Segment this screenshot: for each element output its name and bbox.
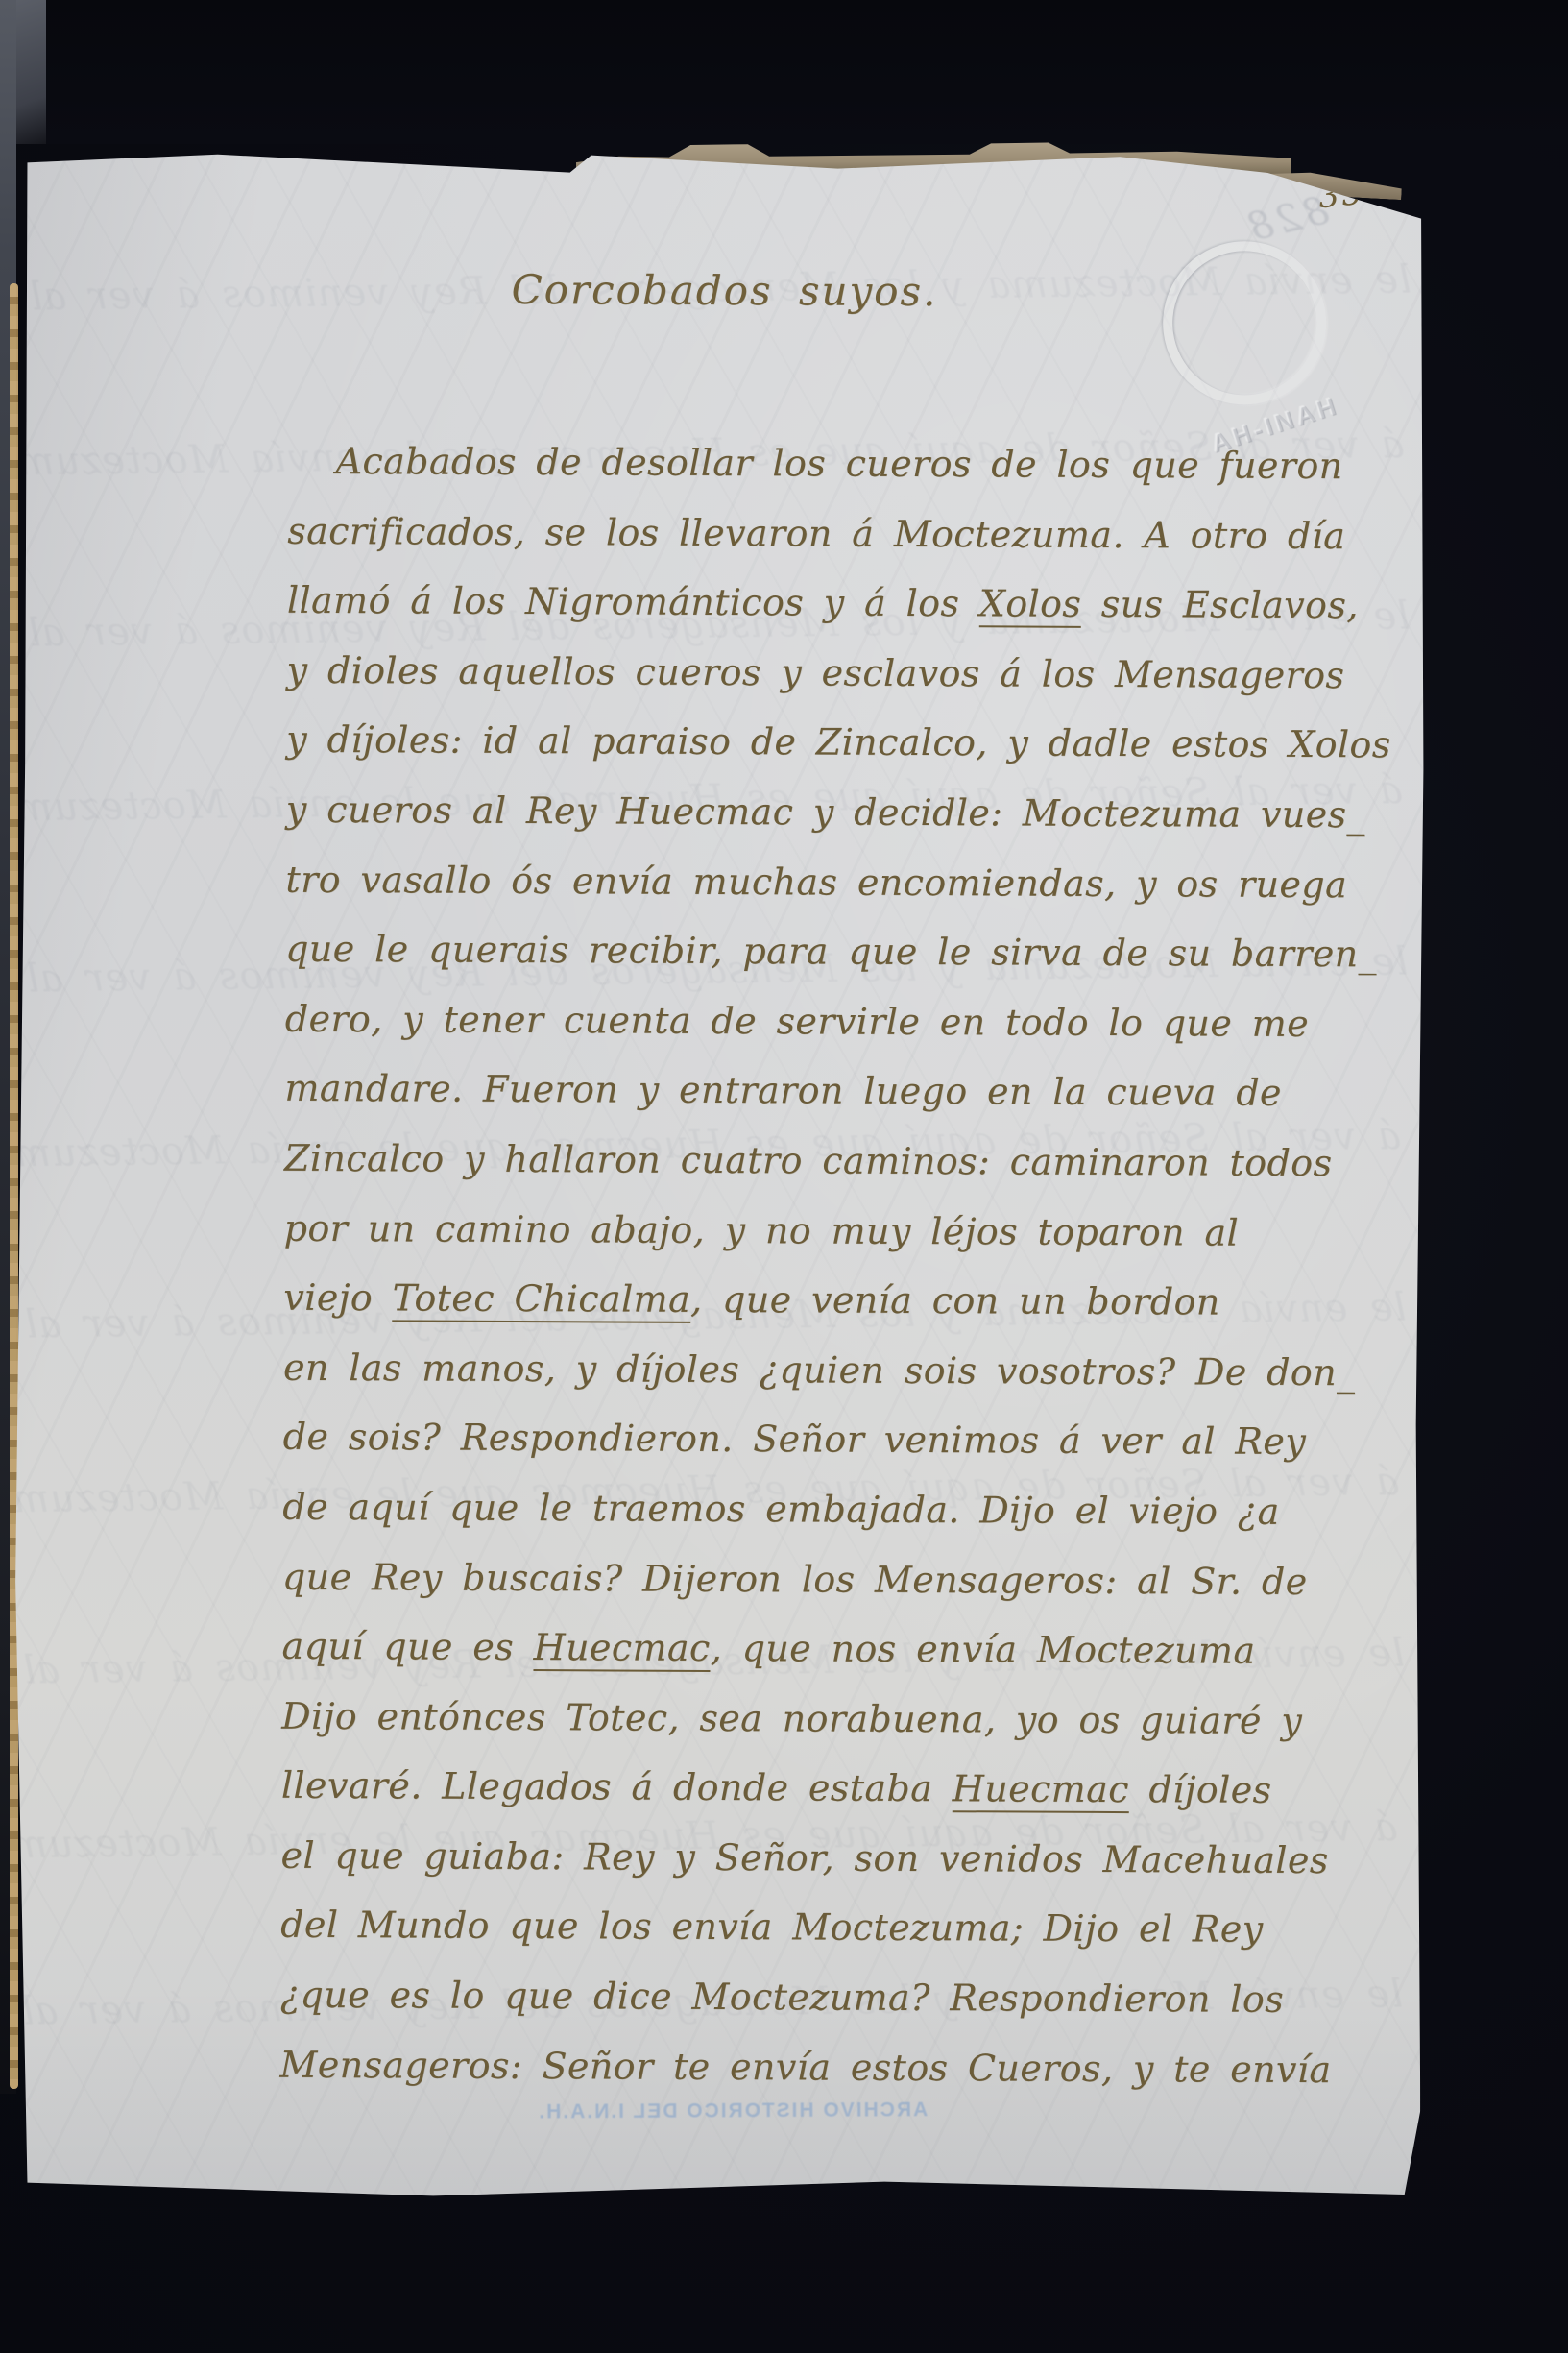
embossed-seal-ring-icon	[1142, 220, 1347, 425]
archive-stamp-mirrored: ARCHIVO HISTORICO DEL I.N.A.H.	[582, 2098, 928, 2123]
text-line: Zincalco y hallaron cuatro caminos: cami…	[284, 1124, 1403, 1199]
text-segment: y díjoles: id al paraiso de Zincalco, y …	[286, 718, 1391, 766]
text-line: de sois? Respondieron. Señor venimos á v…	[282, 1402, 1401, 1477]
text-segment: Dijo entónces Totec, sea norabuena, yo o…	[281, 1694, 1302, 1741]
text-line: por un camino abajo, y no muy léjos topa…	[284, 1193, 1403, 1268]
text-line: y dioles aquellos cueros y esclavos á lo…	[286, 636, 1405, 711]
text-line: tro vasallo ós envía muchas encomiendas,…	[285, 844, 1404, 919]
text-line: el que guiaba: Rey y Señor, son venidos …	[280, 1821, 1399, 1896]
text-line: sacrificados, se los llevaron á Moctezum…	[287, 496, 1406, 570]
text-segment: aquí que es	[281, 1625, 533, 1668]
text-segment: y dioles aquellos cueros y esclavos á lo…	[286, 649, 1344, 696]
text-segment: viejo	[283, 1276, 392, 1320]
text-segment: llamó á los Nigrománticos y á los	[287, 579, 979, 625]
text-segment: de aquí que le traemos embajada. Dijo el…	[282, 1486, 1280, 1533]
text-line: viejo Totec Chicalma, que venía con un b…	[283, 1263, 1402, 1338]
text-segment: sus Esclavos,	[1081, 583, 1359, 626]
scanned-book-photo: { "document": { "folio_number": "354.", …	[0, 0, 1568, 2353]
text-segment: dero, y tener cuenta de servirle en todo…	[285, 998, 1309, 1045]
text-segment: que le querais recibir, para que le sirv…	[285, 928, 1377, 976]
binding-thread	[10, 283, 18, 2089]
chapter-title: Corcobados suyos.	[19, 263, 1429, 317]
text-segment: Mensageros: Señor te envía estos Cueros,…	[279, 2043, 1331, 2090]
text-line: que le querais recibir, para que le sirv…	[285, 914, 1404, 989]
text-segment: mandare. Fueron y entraron luego en la c…	[284, 1067, 1282, 1114]
text-segment: , que nos envía Moctezuma	[711, 1627, 1256, 1672]
underlined-word: Xolos	[979, 582, 1082, 628]
text-line: llevaré. Llegados á donde estaba Huecmac…	[281, 1751, 1400, 1826]
text-segment: el que guiaba: Rey y Señor, son venidos …	[280, 1834, 1328, 1881]
manuscript-text-block: Acabados de desollar los cueros de los q…	[279, 426, 1407, 2105]
underlined-word: Totec Chicalma	[393, 1276, 691, 1323]
text-segment: en las manos, y díjoles ¿quien sois voso…	[283, 1346, 1356, 1393]
text-line: Dijo entónces Totec, sea norabuena, yo o…	[281, 1681, 1400, 1756]
text-line: Acabados de desollar los cueros de los q…	[287, 426, 1406, 501]
background-top	[0, 0, 1568, 144]
text-segment: , que venía con un bordon	[690, 1278, 1220, 1323]
text-segment: que Rey buscais? Dijeron los Mensageros:…	[282, 1555, 1308, 1602]
text-segment: tro vasallo ós envía muchas encomiendas,…	[285, 858, 1347, 905]
text-line: dero, y tener cuenta de servirle en todo…	[285, 984, 1404, 1059]
manuscript-page: que le envía Moctezuma y los Mensageros …	[11, 148, 1430, 2202]
text-segment: por un camino abajo, y no muy léjos topa…	[284, 1206, 1240, 1253]
text-segment: Acabados de desollar los cueros de los q…	[336, 440, 1343, 487]
text-segment: de sois? Respondieron. Señor venimos á v…	[283, 1416, 1307, 1463]
text-line: y cueros al Rey Huecmac y decidle: Mocte…	[286, 775, 1405, 850]
text-segment: díjoles	[1129, 1768, 1272, 1811]
text-line: de aquí que le traemos embajada. Dijo el…	[282, 1472, 1401, 1547]
text-segment: sacrificados, se los llevaron á Moctezum…	[287, 509, 1345, 556]
text-segment: ¿que es lo que dice Moctezuma? Respondie…	[280, 1974, 1284, 2021]
text-segment: y cueros al Rey Huecmac y decidle: Mocte…	[286, 788, 1365, 836]
text-line: mandare. Fueron y entraron luego en la c…	[284, 1054, 1403, 1128]
text-line: y díjoles: id al paraiso de Zincalco, y …	[286, 705, 1405, 780]
text-segment: del Mundo que los envía Moctezuma; Dijo …	[280, 1904, 1264, 1951]
text-line: que Rey buscais? Dijeron los Mensageros:…	[282, 1541, 1401, 1616]
text-line: Mensageros: Señor te envía estos Cueros,…	[279, 2029, 1398, 2104]
text-line: aquí que es Huecmac, que nos envía Mocte…	[281, 1612, 1400, 1686]
text-line: del Mundo que los envía Moctezuma; Dijo …	[280, 1890, 1399, 1965]
text-segment: Zincalco y hallaron cuatro caminos: cami…	[284, 1137, 1333, 1184]
text-line: ¿que es lo que dice Moctezuma? Respondie…	[280, 1960, 1399, 2035]
underlined-word: Huecmac	[953, 1767, 1129, 1813]
text-line: llamó á los Nigrománticos y á los Xolos …	[287, 566, 1406, 641]
underlined-word: Huecmac	[533, 1626, 710, 1672]
text-line: en las manos, y díjoles ¿quien sois voso…	[283, 1332, 1402, 1407]
text-segment: llevaré. Llegados á donde estaba	[281, 1764, 953, 1809]
